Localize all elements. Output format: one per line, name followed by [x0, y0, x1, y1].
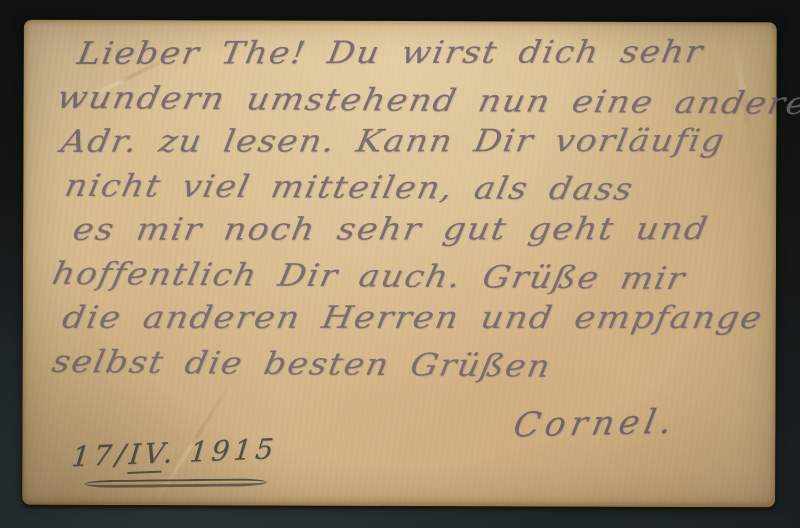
date-year: . 1915	[162, 432, 279, 469]
date-day: 17/	[70, 438, 131, 473]
message-line: selbst die besten Grüßen	[49, 340, 800, 392]
message-line: hoffentlich Dir auch. Grüße mir	[48, 252, 800, 302]
postcard: Lieber The! Du wirst dich sehr wundern u…	[22, 20, 777, 508]
pencil-double-rule	[84, 478, 267, 488]
message-line: es mir noch sehr gut geht und	[69, 207, 800, 252]
message-line: Lieber The! Du wirst dich sehr	[74, 30, 800, 76]
message-line: die anderen Herren und empfange	[59, 296, 800, 340]
date: 17/IV. 1915	[70, 432, 279, 473]
signature: Cornel.	[510, 402, 680, 446]
scan-background: Lieber The! Du wirst dich sehr wundern u…	[0, 0, 800, 528]
handwritten-message: Lieber The! Du wirst dich sehr wundern u…	[51, 32, 769, 387]
message-line: Adr. zu lesen. Kann Dir vorläufig	[58, 119, 800, 164]
message-line: nicht viel mitteilen, als dass	[61, 164, 800, 213]
date-month-underlined: IV	[127, 437, 165, 474]
